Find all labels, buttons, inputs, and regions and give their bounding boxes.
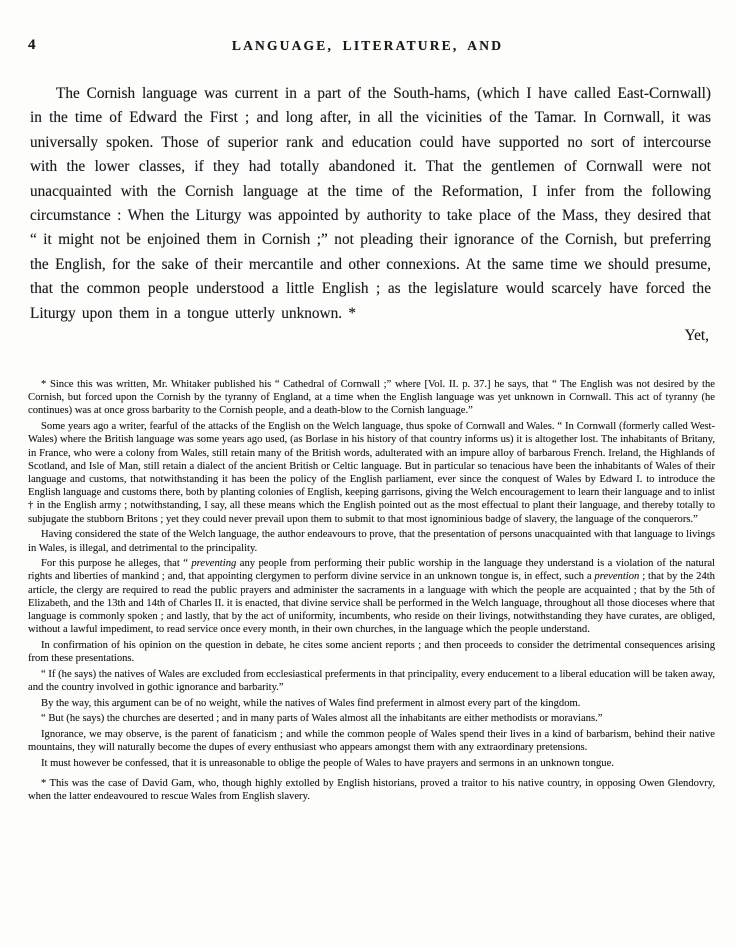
- footnote-paragraph: “ If (he says) the natives of Wales are …: [28, 668, 715, 694]
- footnote-paragraph: * This was the case of David Gam, who, t…: [28, 777, 715, 803]
- footnote-paragraph: It must however be confessed, that it is…: [28, 757, 715, 770]
- footnote-paragraph: In confirmation of his opinion on the qu…: [28, 639, 715, 665]
- book-page: 4 LANGUAGE, LITERATURE, AND The Cornish …: [0, 0, 735, 948]
- italic-term: prevention: [594, 571, 639, 582]
- footnotes-section: * Since this was written, Mr. Whitaker p…: [28, 378, 715, 804]
- body-paragraph: The Cornish language was current in a pa…: [30, 82, 711, 326]
- footnote-paragraph: * Since this was written, Mr. Whitaker p…: [28, 378, 715, 418]
- footnote-paragraph: Having considered the state of the Welch…: [28, 528, 715, 554]
- footnote-paragraph: Ignorance, we may observe, is the parent…: [28, 728, 715, 754]
- running-title: LANGUAGE, LITERATURE, AND: [0, 38, 735, 54]
- catchword: Yet,: [0, 327, 709, 345]
- italic-term: preventing: [191, 558, 236, 569]
- page-header: 4 LANGUAGE, LITERATURE, AND: [0, 0, 735, 70]
- footnote-paragraph: For this purpose he alleges, that “ prev…: [28, 557, 715, 636]
- footnote-paragraph: Some years ago a writer, fearful of the …: [28, 420, 715, 526]
- footnote-paragraph: By the way, this argument can be of no w…: [28, 697, 715, 710]
- footnote-text: For this purpose he alleges, that “: [41, 558, 191, 569]
- footnote-paragraph: “ But (he says) the churches are deserte…: [28, 712, 715, 725]
